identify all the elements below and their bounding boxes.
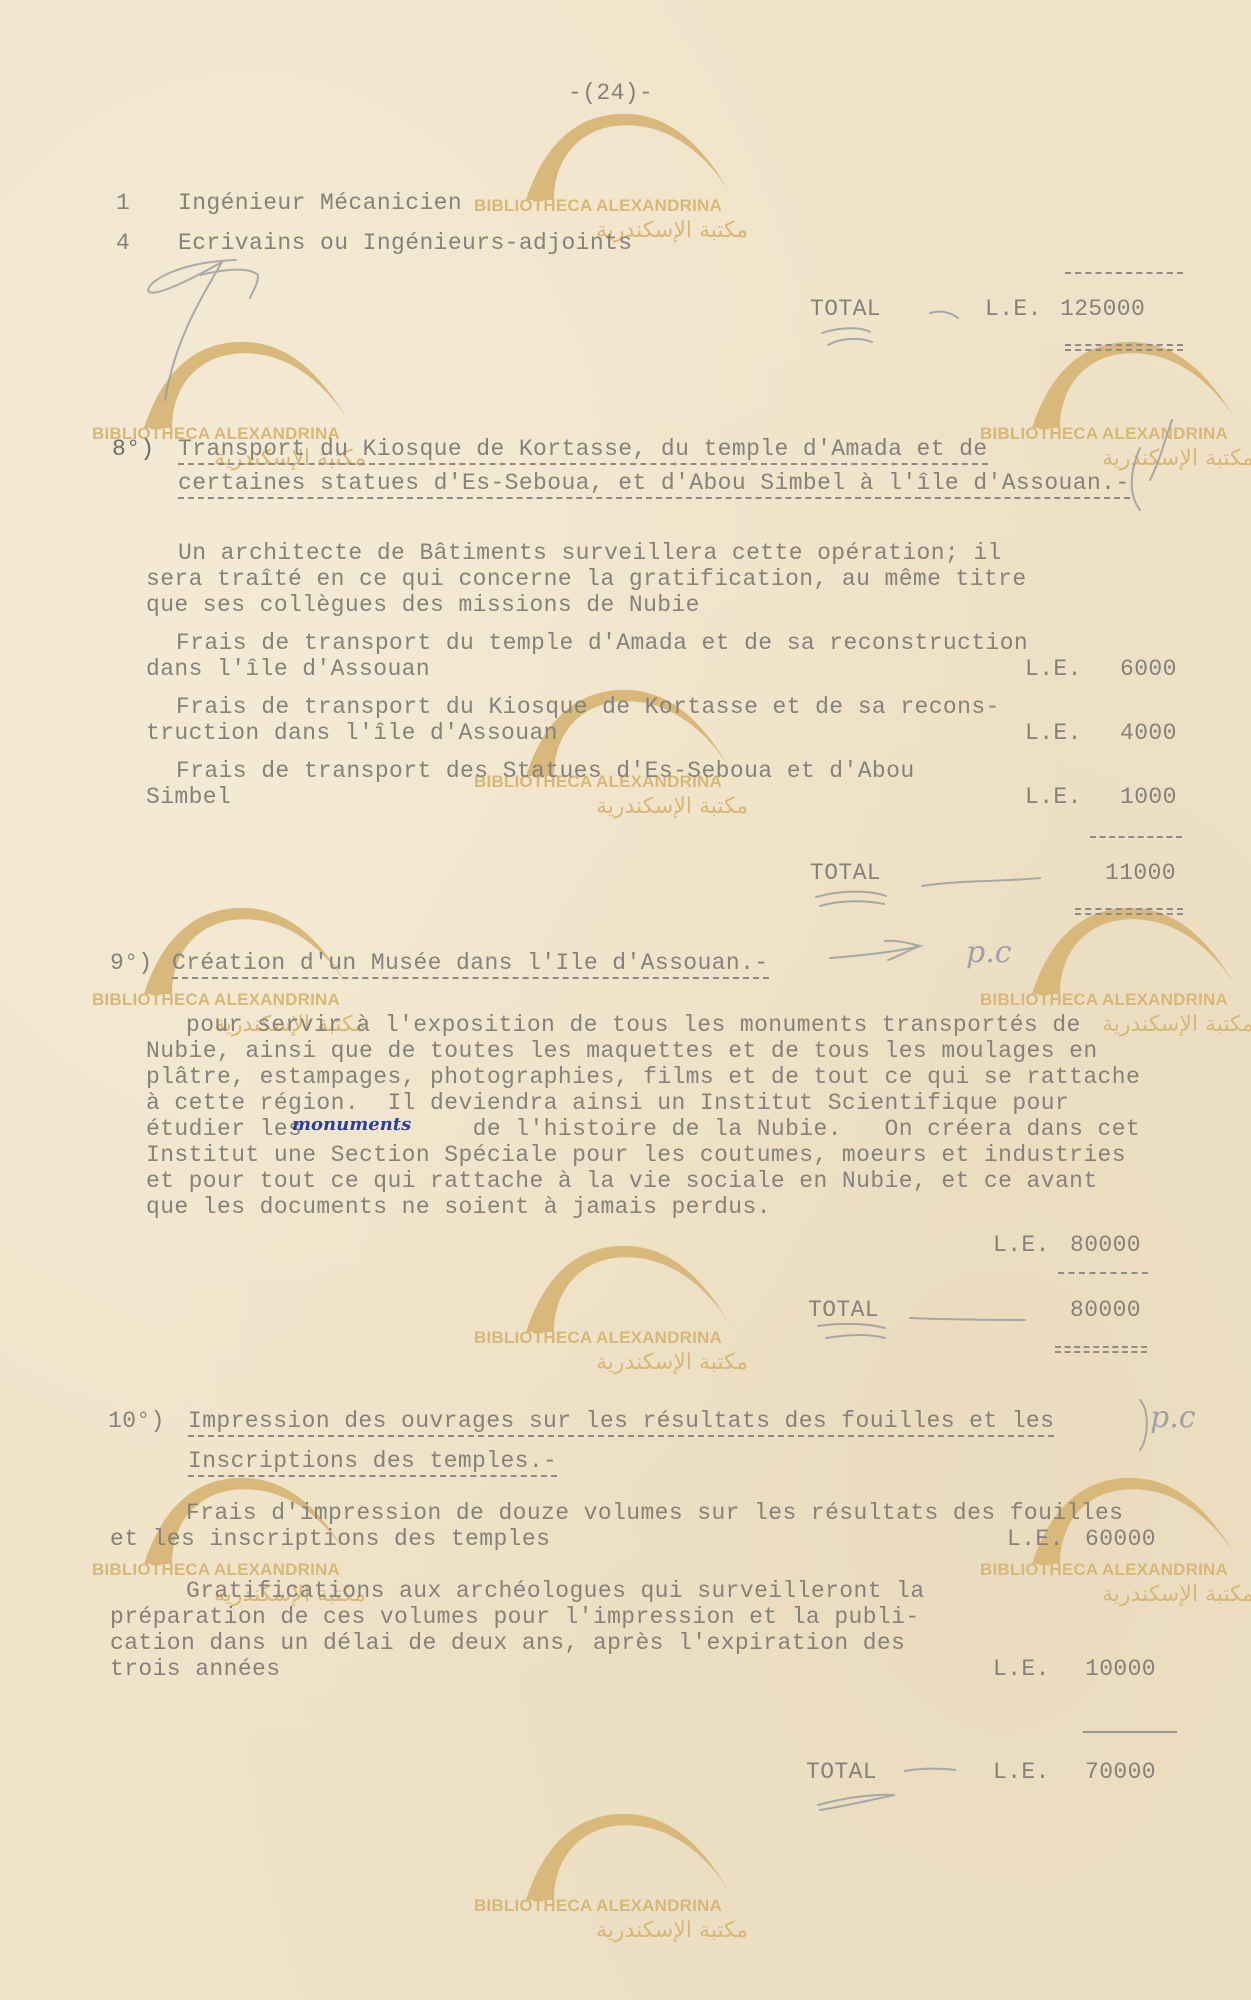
- total-label: TOTAL: [806, 1759, 877, 1785]
- watermark-text-ar: مكتبة الإسكندرية: [1054, 1012, 1251, 1037]
- paragraph-line: Nubie, ainsi que de toutes les maquettes…: [146, 1038, 1098, 1064]
- total-value: 70000: [1085, 1759, 1156, 1785]
- item-text: Frais de transport du Kiosque de Kortass…: [176, 694, 1000, 720]
- sum-rule: [1083, 1731, 1177, 1733]
- watermark-text-ar: مكتبة الإسكندرية: [548, 1350, 748, 1375]
- item-text: truction dans l'île d'Assouan: [146, 720, 558, 746]
- section-title: Inscriptions des temples.-: [188, 1448, 557, 1477]
- watermark-logo: BIBLIOTHECA ALEXANDRINA مكتبة الإسكندرية: [448, 1244, 808, 1404]
- sum-rule: [1058, 1272, 1148, 1274]
- arch-logo-icon: [66, 340, 366, 430]
- item-currency: L.E.: [1025, 784, 1082, 810]
- handwritten-annotation: p.c: [966, 935, 1012, 970]
- item-amount: 80000: [1070, 1232, 1141, 1258]
- section-title: Impression des ouvrages sur les résultat…: [188, 1408, 1054, 1437]
- item-text: Frais d'impression de douze volumes sur …: [186, 1500, 1123, 1526]
- staff-role: Ecrivains ou Ingénieurs-adjoints: [178, 230, 632, 256]
- watermark-text-en: BIBLIOTHECA ALEXANDRINA: [448, 196, 748, 216]
- watermark-text-en: BIBLIOTHECA ALEXANDRINA: [448, 1328, 748, 1348]
- watermark-text-ar: مكتبة الإسكندرية: [548, 1918, 748, 1943]
- item-amount: 4000: [1120, 720, 1177, 746]
- paragraph-line: sera traîté en ce qui concerne la gratif…: [146, 566, 1027, 592]
- item-amount: 1000: [1120, 784, 1177, 810]
- item-amount: 10000: [1085, 1656, 1156, 1682]
- sum-rule: [1090, 836, 1182, 838]
- arch-logo-icon: [448, 1244, 748, 1334]
- watermark-text-ar: مكتبة الإسكندرية: [1054, 1582, 1251, 1607]
- paragraph-line: que les documents ne soient à jamais per…: [146, 1194, 771, 1220]
- arch-logo-icon: [448, 112, 748, 202]
- staff-role: Ingénieur Mécanicien: [178, 190, 462, 216]
- handwritten-annotation: p.c: [1150, 1400, 1196, 1435]
- arch-logo-icon: [448, 1812, 748, 1902]
- item-currency: L.E.: [1025, 656, 1082, 682]
- item-text: Frais de transport des Statues d'Es-Sebo…: [176, 758, 915, 784]
- section-number: 10°): [108, 1408, 165, 1434]
- paragraph-line: et pour tout ce qui rattache à la vie so…: [146, 1168, 1098, 1194]
- total-value: 11000: [1105, 860, 1176, 886]
- item-text: cation dans un délai de deux ans, après …: [110, 1630, 905, 1656]
- total-currency: L.E.: [985, 296, 1042, 322]
- paragraph-line: à cette région. Il deviendra ainsi un In…: [146, 1090, 1069, 1116]
- total-label: TOTAL: [810, 860, 881, 886]
- item-text: Simbel: [146, 784, 231, 810]
- total-label: TOTAL: [810, 296, 881, 322]
- item-currency: L.E.: [1025, 720, 1082, 746]
- watermark-text-ar: مكتبة الإسكندرية: [548, 794, 748, 819]
- item-text: dans l'île d'Assouan: [146, 656, 430, 682]
- item-currency: L.E.: [1007, 1526, 1064, 1552]
- double-rule: [1065, 344, 1183, 351]
- section-title: Transport du Kiosque de Kortasse, du tem…: [178, 436, 988, 465]
- item-text: préparation de ces volumes pour l'impres…: [110, 1604, 920, 1630]
- watermark-text-en: BIBLIOTHECA ALEXANDRINA: [66, 990, 366, 1010]
- double-rule: [1055, 1346, 1147, 1353]
- total-value: 80000: [1070, 1297, 1141, 1323]
- item-amount: 60000: [1085, 1526, 1156, 1552]
- section-number: 8°): [112, 436, 155, 462]
- total-currency: L.E.: [993, 1759, 1050, 1785]
- staff-qty: 1: [116, 190, 130, 216]
- handwritten-insert: monuments: [292, 1114, 411, 1135]
- section-number: 9°): [110, 950, 153, 976]
- watermark-text-ar: مكتبة الإسكندرية: [1054, 446, 1251, 471]
- paragraph-line: pour servir à l'exposition de tous les m…: [186, 1012, 1081, 1038]
- section-title: certaines statues d'Es-Seboua, et d'Abou…: [178, 470, 1130, 499]
- item-text: Gratifications aux archéologues qui surv…: [186, 1578, 925, 1604]
- item-currency: L.E.: [993, 1232, 1050, 1258]
- item-amount: 6000: [1120, 656, 1177, 682]
- sum-rule: [1065, 272, 1183, 274]
- paragraph-line: Institut une Section Spéciale pour les c…: [146, 1142, 1126, 1168]
- paragraph-line: plâtre, estampages, photographies, films…: [146, 1064, 1140, 1090]
- watermark-logo: BIBLIOTHECA ALEXANDRINA مكتبة الإسكندرية: [448, 1812, 808, 1972]
- watermark-text-en: BIBLIOTHECA ALEXANDRINA: [66, 1560, 366, 1580]
- item-text: Frais de transport du temple d'Amada et …: [176, 630, 1028, 656]
- item-text: trois années: [110, 1656, 280, 1682]
- staff-qty: 4: [116, 230, 130, 256]
- total-value: 125000: [1060, 296, 1145, 322]
- watermark-text-en: BIBLIOTHECA ALEXANDRINA: [448, 1896, 748, 1916]
- page-number: -(24)-: [568, 80, 653, 106]
- watermark-text-en: BIBLIOTHECA ALEXANDRINA: [954, 424, 1251, 444]
- double-rule: [1075, 908, 1183, 915]
- section-title: Création d'un Musée dans l'Ile d'Assouan…: [172, 950, 769, 979]
- arch-logo-icon: [954, 340, 1251, 430]
- paragraph-line: Un architecte de Bâtiments surveillera c…: [178, 540, 1002, 566]
- watermark-text-en: BIBLIOTHECA ALEXANDRINA: [954, 1560, 1251, 1580]
- paragraph-line: que ses collègues des missions de Nubie: [146, 592, 700, 618]
- item-text: et les inscriptions des temples: [110, 1526, 550, 1552]
- watermark-text-en: BIBLIOTHECA ALEXANDRINA: [954, 990, 1251, 1010]
- item-currency: L.E.: [993, 1656, 1050, 1682]
- total-label: TOTAL: [808, 1297, 879, 1323]
